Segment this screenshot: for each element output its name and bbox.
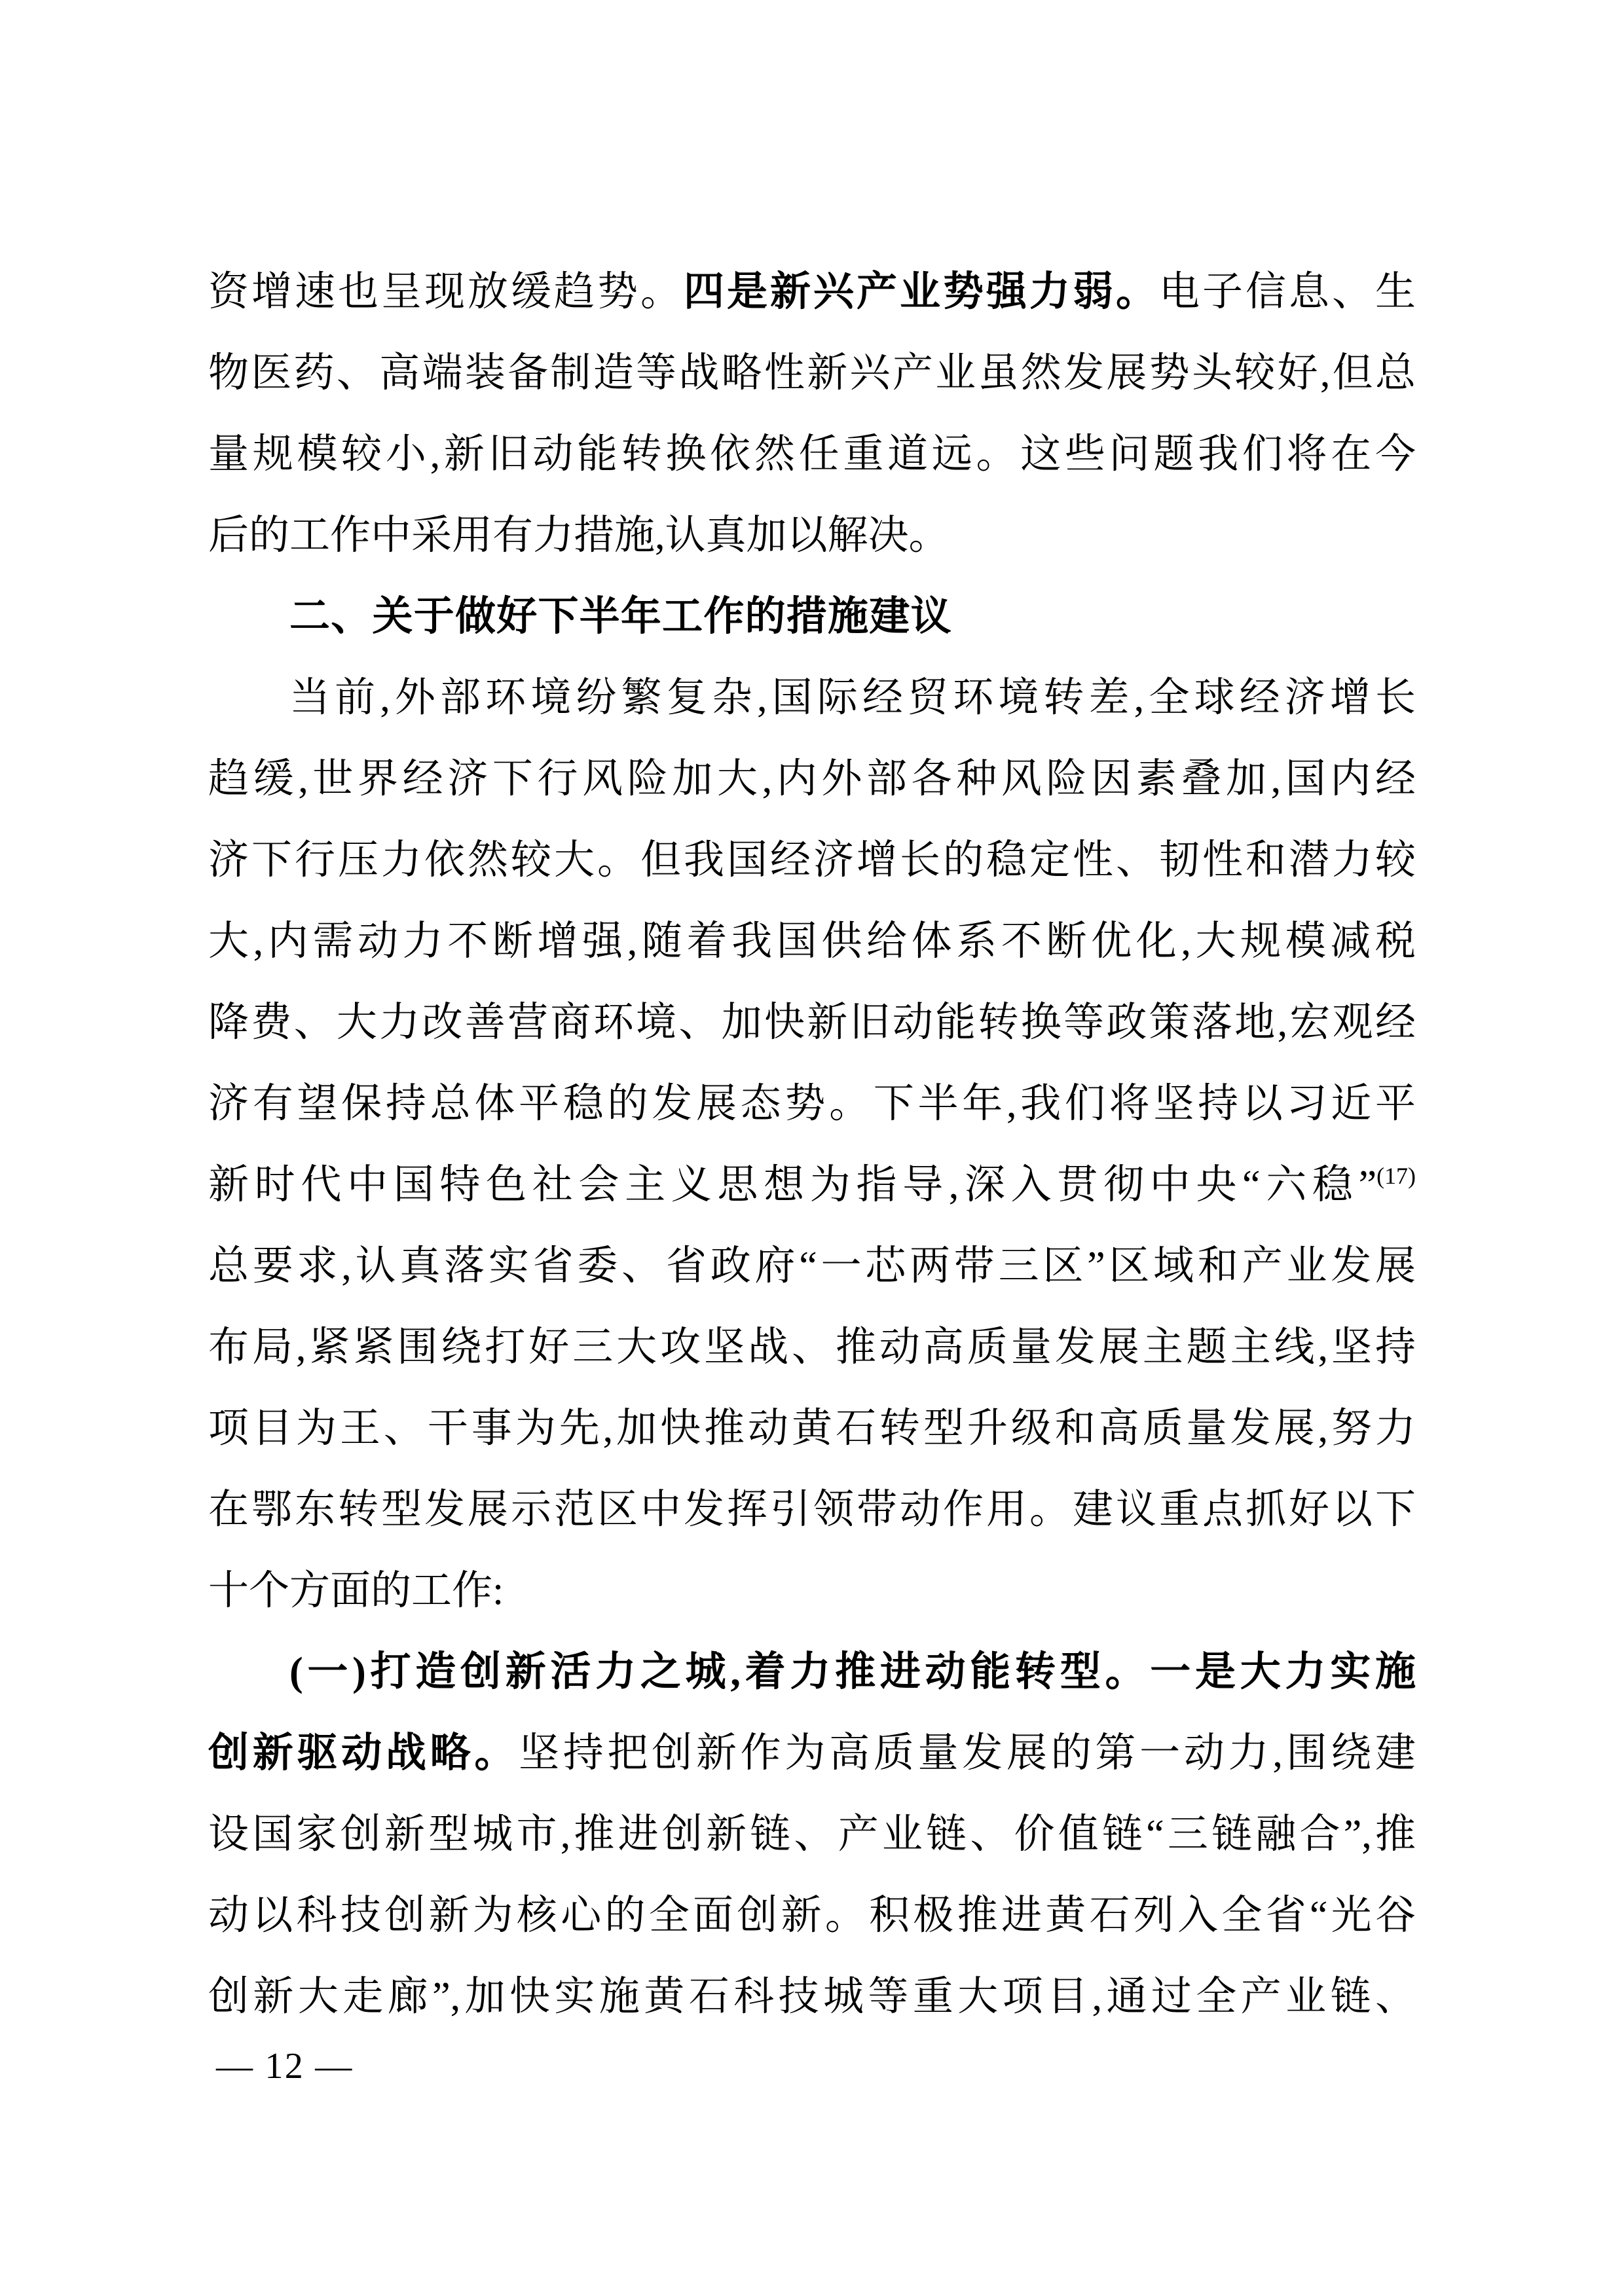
text-segment: 当前,外部环境纷繁复杂,国际经贸环境转差,全球经济增长 bbox=[289, 676, 1416, 720]
text-line: (一)打造创新活力之城,着力推进动能转型。一是大力实施 bbox=[208, 1631, 1416, 1713]
text-line: 总要求,认真落实省委、省政府“一芯两带三区”区域和产业发展 bbox=[208, 1226, 1416, 1307]
text-segment: 创新大走廊”,加快实施黄石科技城等重大项目,通过全产业链、 bbox=[208, 1975, 1416, 2019]
text-segment: 电子信息、生 bbox=[1159, 270, 1416, 314]
text-line: 后的工作中采用有力措施,认真加以解决。 bbox=[208, 495, 1416, 576]
text-line: 新时代中国特色社会主义思想为指导,深入贯彻中央“六稳”(17) bbox=[208, 1144, 1416, 1226]
text-segment: 总要求,认真落实省委、省政府“一芯两带三区”区域和产业发展 bbox=[208, 1244, 1416, 1288]
text-segment: 济有望保持总体平稳的发展态势。下半年,我们将坚持以习近平 bbox=[208, 1082, 1416, 1126]
text-line: 量规模较小,新旧动能转换依然任重道远。这些问题我们将在今 bbox=[208, 414, 1416, 495]
text-segment: 资增速也呈现放缓趋势。 bbox=[208, 270, 684, 314]
text-segment: 在鄂东转型发展示范区中发挥引领带动作用。建议重点抓好以下 bbox=[208, 1487, 1416, 1532]
text-line: 创新大走廊”,加快实施黄石科技城等重大项目,通过全产业链、 bbox=[208, 1956, 1416, 2037]
text-segment: 二、关于做好下半年工作的措施建议 bbox=[289, 594, 952, 639]
text-segment: 趋缓,世界经济下行风险加大,内外部各种风险因素叠加,国内经 bbox=[208, 757, 1416, 801]
text-segment: 量规模较小,新旧动能转换依然任重道远。这些问题我们将在今 bbox=[208, 432, 1416, 477]
text-line: 济有望保持总体平稳的发展态势。下半年,我们将坚持以习近平 bbox=[208, 1063, 1416, 1144]
text-segment: 十个方面的工作: bbox=[208, 1569, 504, 1613]
text-segment: 项目为王、干事为先,加快推动黄石转型升级和高质量发展,努力 bbox=[208, 1406, 1416, 1451]
text-line: 大,内需动力不断增强,随着我国供给体系不断优化,大规模减税 bbox=[208, 901, 1416, 982]
text-segment: 物医药、高端装备制造等战略性新兴产业虽然发展势头较好,但总 bbox=[208, 351, 1416, 395]
text-segment: 布局,紧紧围绕打好三大攻坚战、推动高质量发展主题主线,坚持 bbox=[208, 1325, 1416, 1370]
text-line: 资增速也呈现放缓趋势。四是新兴产业势强力弱。电子信息、生 bbox=[208, 251, 1416, 333]
text-segment: 设国家创新型城市,推进创新链、产业链、价值链“三链融合”,推 bbox=[208, 1812, 1416, 1857]
text-line: 动以科技创新为核心的全面创新。积极推进黄石列入全省“光谷 bbox=[208, 1875, 1416, 1956]
text-segment: 创新驱动战略。 bbox=[208, 1731, 519, 1776]
text-line: 当前,外部环境纷繁复杂,国际经贸环境转差,全球经济增长 bbox=[208, 657, 1416, 738]
text-segment: 济下行压力依然较大。但我国经济增长的稳定性、韧性和潜力较 bbox=[208, 838, 1416, 883]
text-line: 物医药、高端装备制造等战略性新兴产业虽然发展势头较好,但总 bbox=[208, 333, 1416, 414]
body-text: 资增速也呈现放缓趋势。四是新兴产业势强力弱。电子信息、生物医药、高端装备制造等战… bbox=[208, 251, 1416, 2037]
text-line: 十个方面的工作: bbox=[208, 1550, 1416, 1631]
text-segment: 后的工作中采用有力措施,认真加以解决。 bbox=[208, 513, 950, 558]
page-number: — 12 — bbox=[216, 2046, 353, 2086]
text-line: 趋缓,世界经济下行风险加大,内外部各种风险因素叠加,国内经 bbox=[208, 738, 1416, 820]
text-line: 二、关于做好下半年工作的措施建议 bbox=[208, 576, 1416, 657]
text-line: 项目为王、干事为先,加快推动黄石转型升级和高质量发展,努力 bbox=[208, 1388, 1416, 1469]
text-segment: 一是大力实施 bbox=[1150, 1650, 1416, 1694]
text-segment: 四是新兴产业势强力弱。 bbox=[684, 270, 1159, 314]
page-footer: — 12 — bbox=[216, 2045, 353, 2087]
text-line: 布局,紧紧围绕打好三大攻坚战、推动高质量发展主题主线,坚持 bbox=[208, 1307, 1416, 1388]
text-segment: 动以科技创新为核心的全面创新。积极推进黄石列入全省“光谷 bbox=[208, 1893, 1416, 1938]
text-line: 降费、大力改善营商环境、加快新旧动能转换等政策落地,宏观经 bbox=[208, 982, 1416, 1063]
text-line: 设国家创新型城市,推进创新链、产业链、价值链“三链融合”,推 bbox=[208, 1794, 1416, 1875]
text-segment: 降费、大力改善营商环境、加快新旧动能转换等政策落地,宏观经 bbox=[208, 1000, 1416, 1045]
text-line: 在鄂东转型发展示范区中发挥引领带动作用。建议重点抓好以下 bbox=[208, 1469, 1416, 1550]
text-segment: 大,内需动力不断增强,随着我国供给体系不断优化,大规模减税 bbox=[208, 919, 1416, 964]
text-segment: 新时代中国特色社会主义思想为指导,深入贯彻中央“六稳” bbox=[208, 1163, 1376, 1207]
text-line: 创新驱动战略。坚持把创新作为高质量发展的第一动力,围绕建 bbox=[208, 1713, 1416, 1794]
document-page: 资增速也呈现放缓趋势。四是新兴产业势强力弱。电子信息、生物医药、高端装备制造等战… bbox=[0, 0, 1624, 2296]
text-line: 济下行压力依然较大。但我国经济增长的稳定性、韧性和潜力较 bbox=[208, 820, 1416, 901]
text-segment: 坚持把创新作为高质量发展的第一动力,围绕建 bbox=[519, 1731, 1416, 1776]
text-segment: (一)打造创新活力之城,着力推进动能转型。 bbox=[289, 1650, 1150, 1694]
footnote-reference: (17) bbox=[1376, 1163, 1416, 1189]
